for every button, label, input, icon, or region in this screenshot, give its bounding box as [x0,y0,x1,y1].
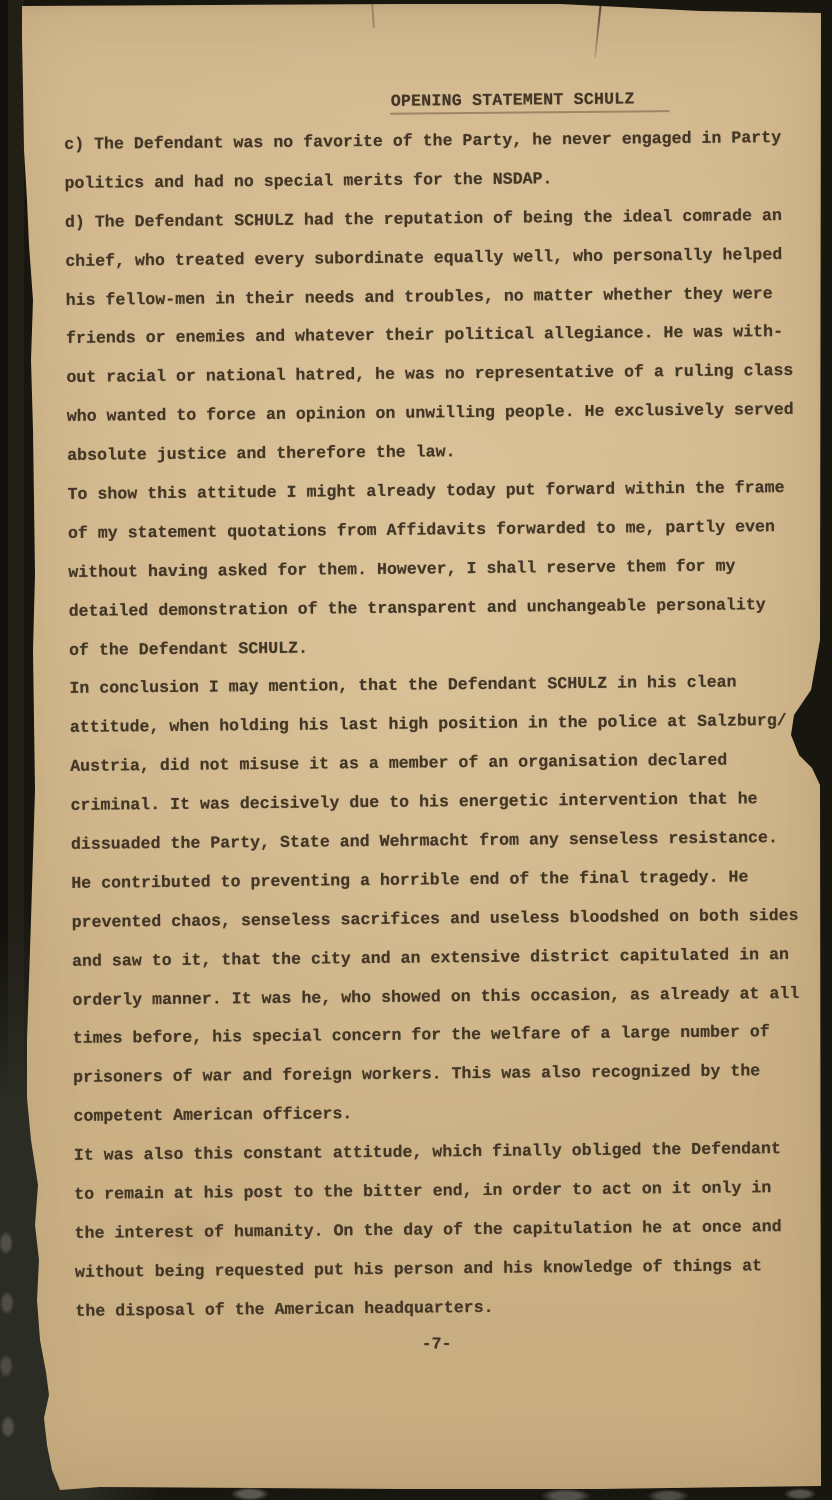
text-layer: OPENING STATEMENT SCHULZ c) The Defendan… [0,0,832,1500]
scanned-page: OPENING STATEMENT SCHULZ c) The Defendan… [0,0,832,1500]
document-body: c) The Defendant was no favorite of the … [64,119,832,1332]
text-line: d) The Defendant SCHULZ had the reputati… [65,196,827,242]
page-title: OPENING STATEMENT SCHULZ [391,89,635,110]
page-number: -7- [422,1334,452,1353]
title-underline [390,110,670,115]
text-line: c) The Defendant was no favorite of the … [64,119,826,165]
text-line: without having asked for them. However, … [68,546,830,592]
paper: OPENING STATEMENT SCHULZ c) The Defendan… [0,0,832,1500]
text-line: and saw to it, that the city and an exte… [72,935,832,981]
text-line: who wanted to force an opinion on unwill… [67,391,829,437]
text-line: prevented chaos, senseless sacrifices an… [71,896,832,942]
text-line: without being requested put his person a… [75,1246,832,1292]
text-line: prisoners of war and foreign workers. Th… [73,1052,832,1098]
text-line: chief, who treated every subordinate equ… [65,235,827,281]
text-line: the disposal of the American headquarter… [75,1285,832,1331]
text-line: detailed demonstration of the transparen… [68,585,830,631]
